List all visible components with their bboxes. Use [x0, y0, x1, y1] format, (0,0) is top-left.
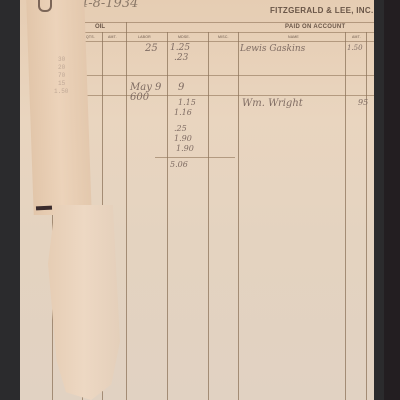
rule-row1	[52, 75, 374, 76]
entry1-name: Lewis Gaskins	[240, 44, 305, 54]
entry2-amt: 95	[358, 98, 368, 107]
strip-number: 20	[58, 64, 65, 71]
company-name: FITZGERALD & LEE, INC.	[270, 6, 374, 15]
binder-ring	[38, 0, 52, 12]
col-line	[208, 32, 209, 400]
rule-colheaders	[52, 41, 374, 42]
entry1-labor: 25	[145, 43, 158, 54]
entry2-mdse-2: 1.16	[174, 108, 192, 117]
col-header-mdse: MDSE.	[178, 35, 190, 39]
entry2-mdse-0: 9	[178, 82, 184, 93]
col-line	[126, 22, 127, 400]
rule-header-top	[52, 22, 374, 23]
entry1-amt: 1.50	[347, 44, 363, 52]
col-header-qts: QTS.	[86, 35, 95, 39]
receipt-strip-upper	[26, 0, 92, 215]
col-header-amt: AMT.	[108, 35, 117, 39]
handwritten-date: 4-8-1934	[80, 0, 138, 11]
torn-edge	[36, 206, 52, 211]
entry1-mdse-b: .23	[174, 53, 188, 63]
col-line	[366, 32, 367, 400]
strip-number: 15	[58, 80, 65, 87]
col-line	[238, 32, 239, 400]
entry2-mdse-1: 1.15	[178, 98, 196, 107]
col-header-labor: LABOR	[138, 35, 151, 39]
strip-number: 70	[58, 72, 65, 79]
entry2-mdse-5: 1.90	[176, 144, 194, 153]
col-header-amt2: AMT.	[352, 35, 361, 39]
scan-border	[384, 0, 400, 400]
entry2-mdse-3: .25	[174, 124, 187, 133]
strip-number: 1.50	[54, 88, 68, 95]
section-oil: OIL	[95, 24, 105, 30]
entry2-mdse-4: 1.90	[174, 134, 192, 143]
entry2-total: 5.06	[170, 160, 188, 169]
strip-number: 30	[58, 56, 65, 63]
rule-row2	[52, 95, 374, 96]
entry2-name: Wm. Wright	[242, 98, 303, 109]
entry2-labor: May 9 600	[130, 83, 175, 103]
col-header-name: NAME	[288, 35, 299, 39]
col-line	[345, 32, 346, 400]
rule-section	[52, 32, 374, 33]
col-header-misc: MISC.	[218, 35, 229, 39]
entry1-mdse-a: 1.25	[170, 43, 190, 53]
section-paid-on-account: PAID ON ACCOUNT	[285, 24, 346, 30]
